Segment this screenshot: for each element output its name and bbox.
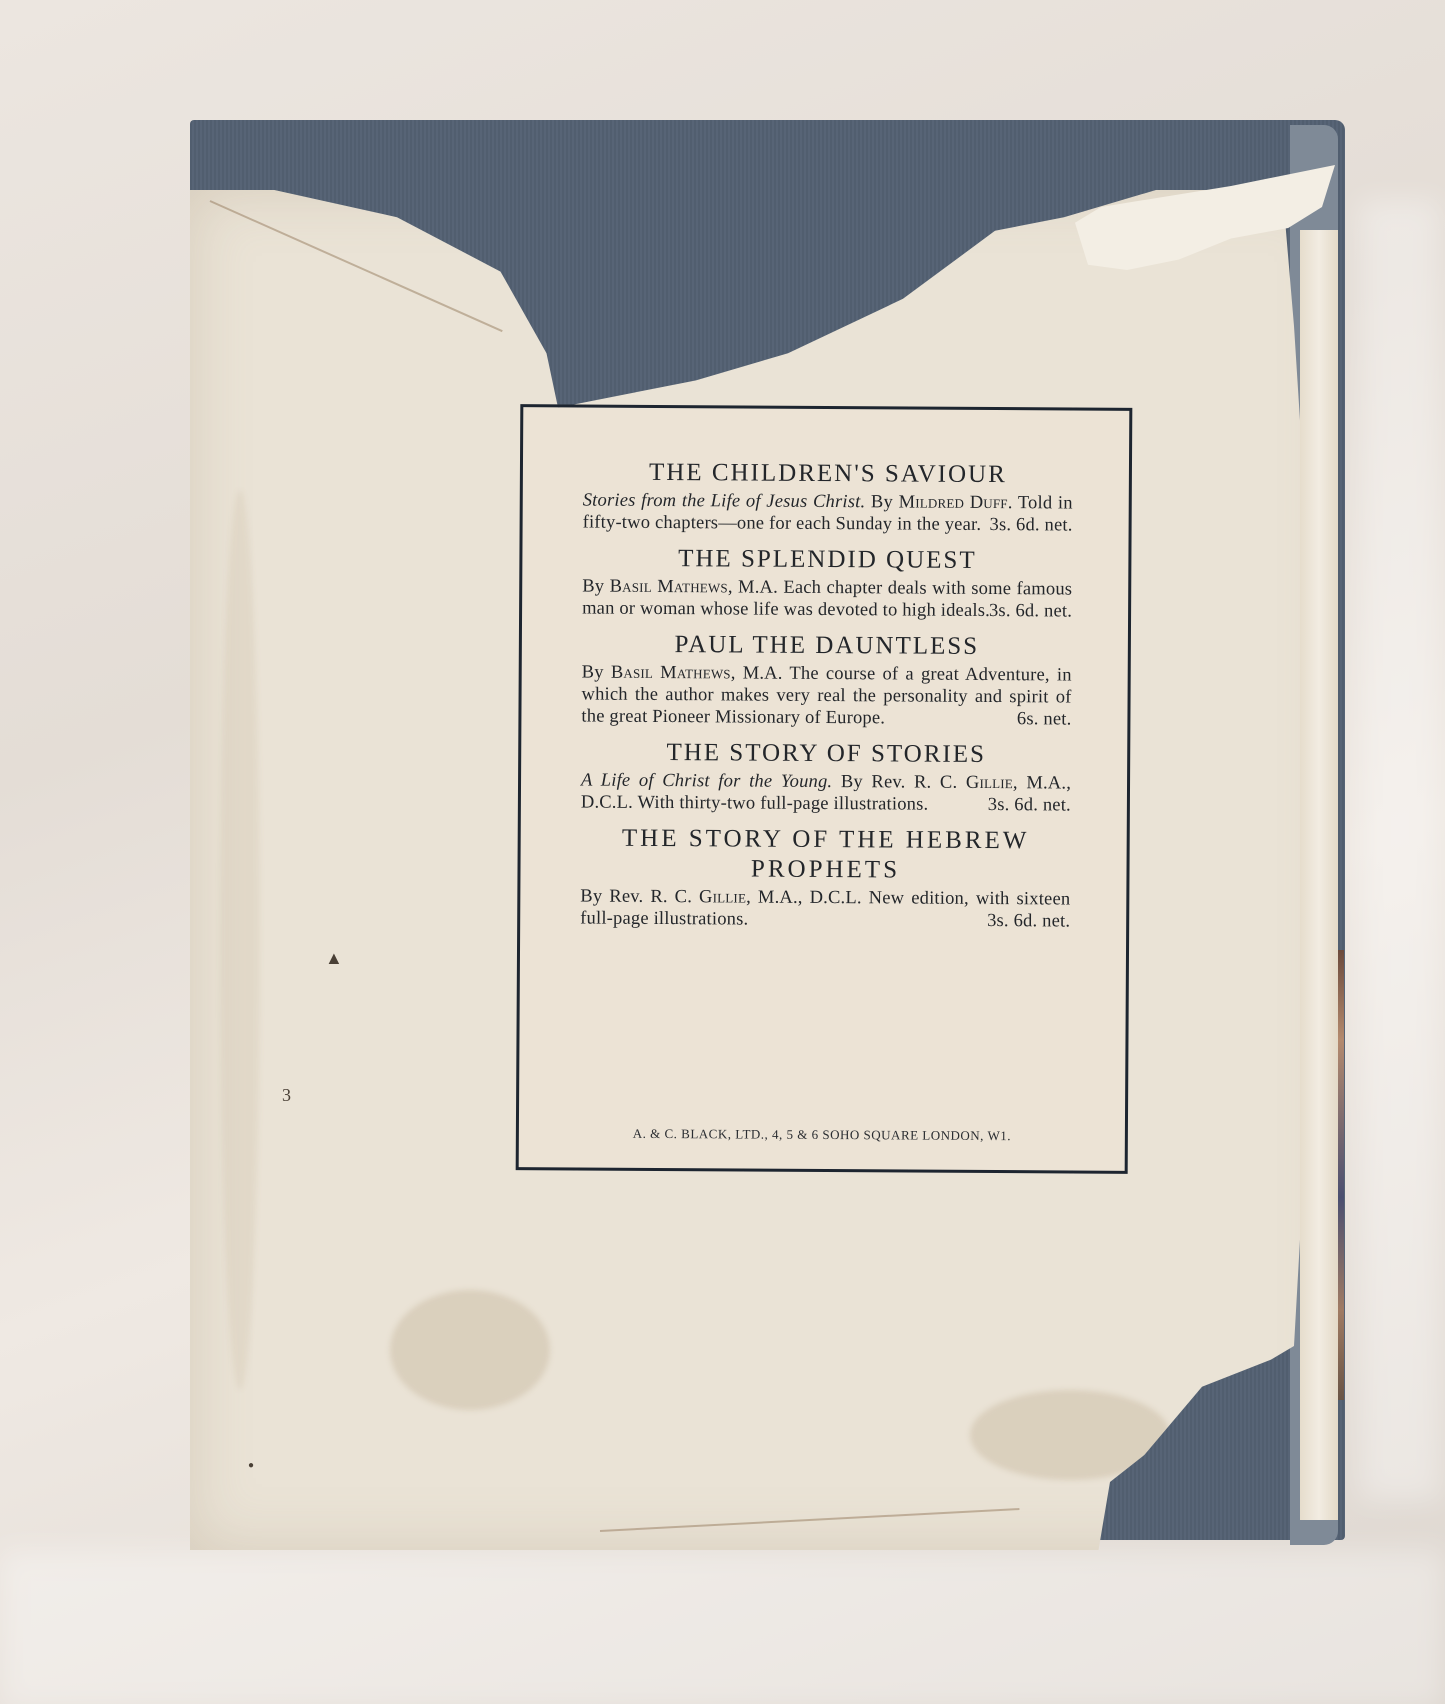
- publisher-imprint: A. & C. BLACK, LTD., 4, 5 & 6 SOHO SQUAR…: [519, 1125, 1125, 1145]
- by-label: By: [582, 577, 604, 597]
- book-entry: THE STORY OF THE HEBREW PROPHETS By Rev.…: [580, 824, 1071, 933]
- ink-mark: ▲: [325, 948, 343, 969]
- stain: [390, 1290, 550, 1410]
- book-title: THE STORY OF STORIES: [581, 738, 1071, 771]
- by-label: By Rev. R. C.: [841, 772, 958, 793]
- book-description: A Life of Christ for the Young. By Rev. …: [581, 770, 1071, 817]
- book-title: THE STORY OF THE HEBREW PROPHETS: [580, 824, 1070, 887]
- book-description: Stories from the Life of Jesus Christ. B…: [583, 490, 1073, 537]
- by-label: By Rev. R. C.: [580, 887, 692, 908]
- edge-stain: [220, 490, 260, 1390]
- book-description: By Basil Mathews, M.A. Each chapter deal…: [582, 576, 1072, 623]
- book-description: By Rev. R. C. Gillie, M.A., D.C.L. New e…: [580, 886, 1070, 933]
- jacket-crease: [600, 1508, 1020, 1532]
- book-author: Basil Mathews, M.A.: [611, 663, 783, 684]
- book-author: Mildred Duff.: [899, 492, 1013, 513]
- book-entry: PAUL THE DAUNTLESS By Basil Mathews, M.A…: [581, 630, 1072, 731]
- by-label: By: [871, 492, 893, 512]
- book-entry: THE SPLENDID QUEST By Basil Mathews, M.A…: [582, 544, 1072, 623]
- book-title: PAUL THE DAUNTLESS: [582, 630, 1072, 663]
- cloth-fold: [0, 1550, 1445, 1704]
- cloth-fold: [1360, 200, 1440, 1500]
- book-entry: THE CHILDREN'S SAVIOUR Stories from the …: [583, 458, 1073, 537]
- book-subtitle: A Life of Christ for the Young.: [581, 771, 832, 793]
- jacket-spine-fold: [1300, 230, 1338, 1520]
- book-title: THE CHILDREN'S SAVIOUR: [583, 458, 1073, 491]
- advertisement-list: THE CHILDREN'S SAVIOUR Stories from the …: [580, 458, 1073, 943]
- book-entry: THE STORY OF STORIES A Life of Christ fo…: [581, 738, 1071, 817]
- book-title: THE SPLENDID QUEST: [582, 544, 1072, 577]
- book-author: Gillie,: [966, 773, 1018, 793]
- ink-mark-number: 3: [282, 1085, 291, 1106]
- by-label: By: [582, 663, 604, 683]
- book-author: Gillie,: [699, 887, 751, 907]
- ink-dot: ●: [248, 1460, 254, 1471]
- book-subtitle: Stories from the Life of Jesus Christ.: [583, 491, 866, 513]
- advertisement-panel: THE CHILDREN'S SAVIOUR Stories from the …: [516, 404, 1133, 1174]
- book-description: By Basil Mathews, M.A. The course of a g…: [581, 662, 1071, 731]
- book-author: Basil Mathews, M.A.: [610, 577, 778, 598]
